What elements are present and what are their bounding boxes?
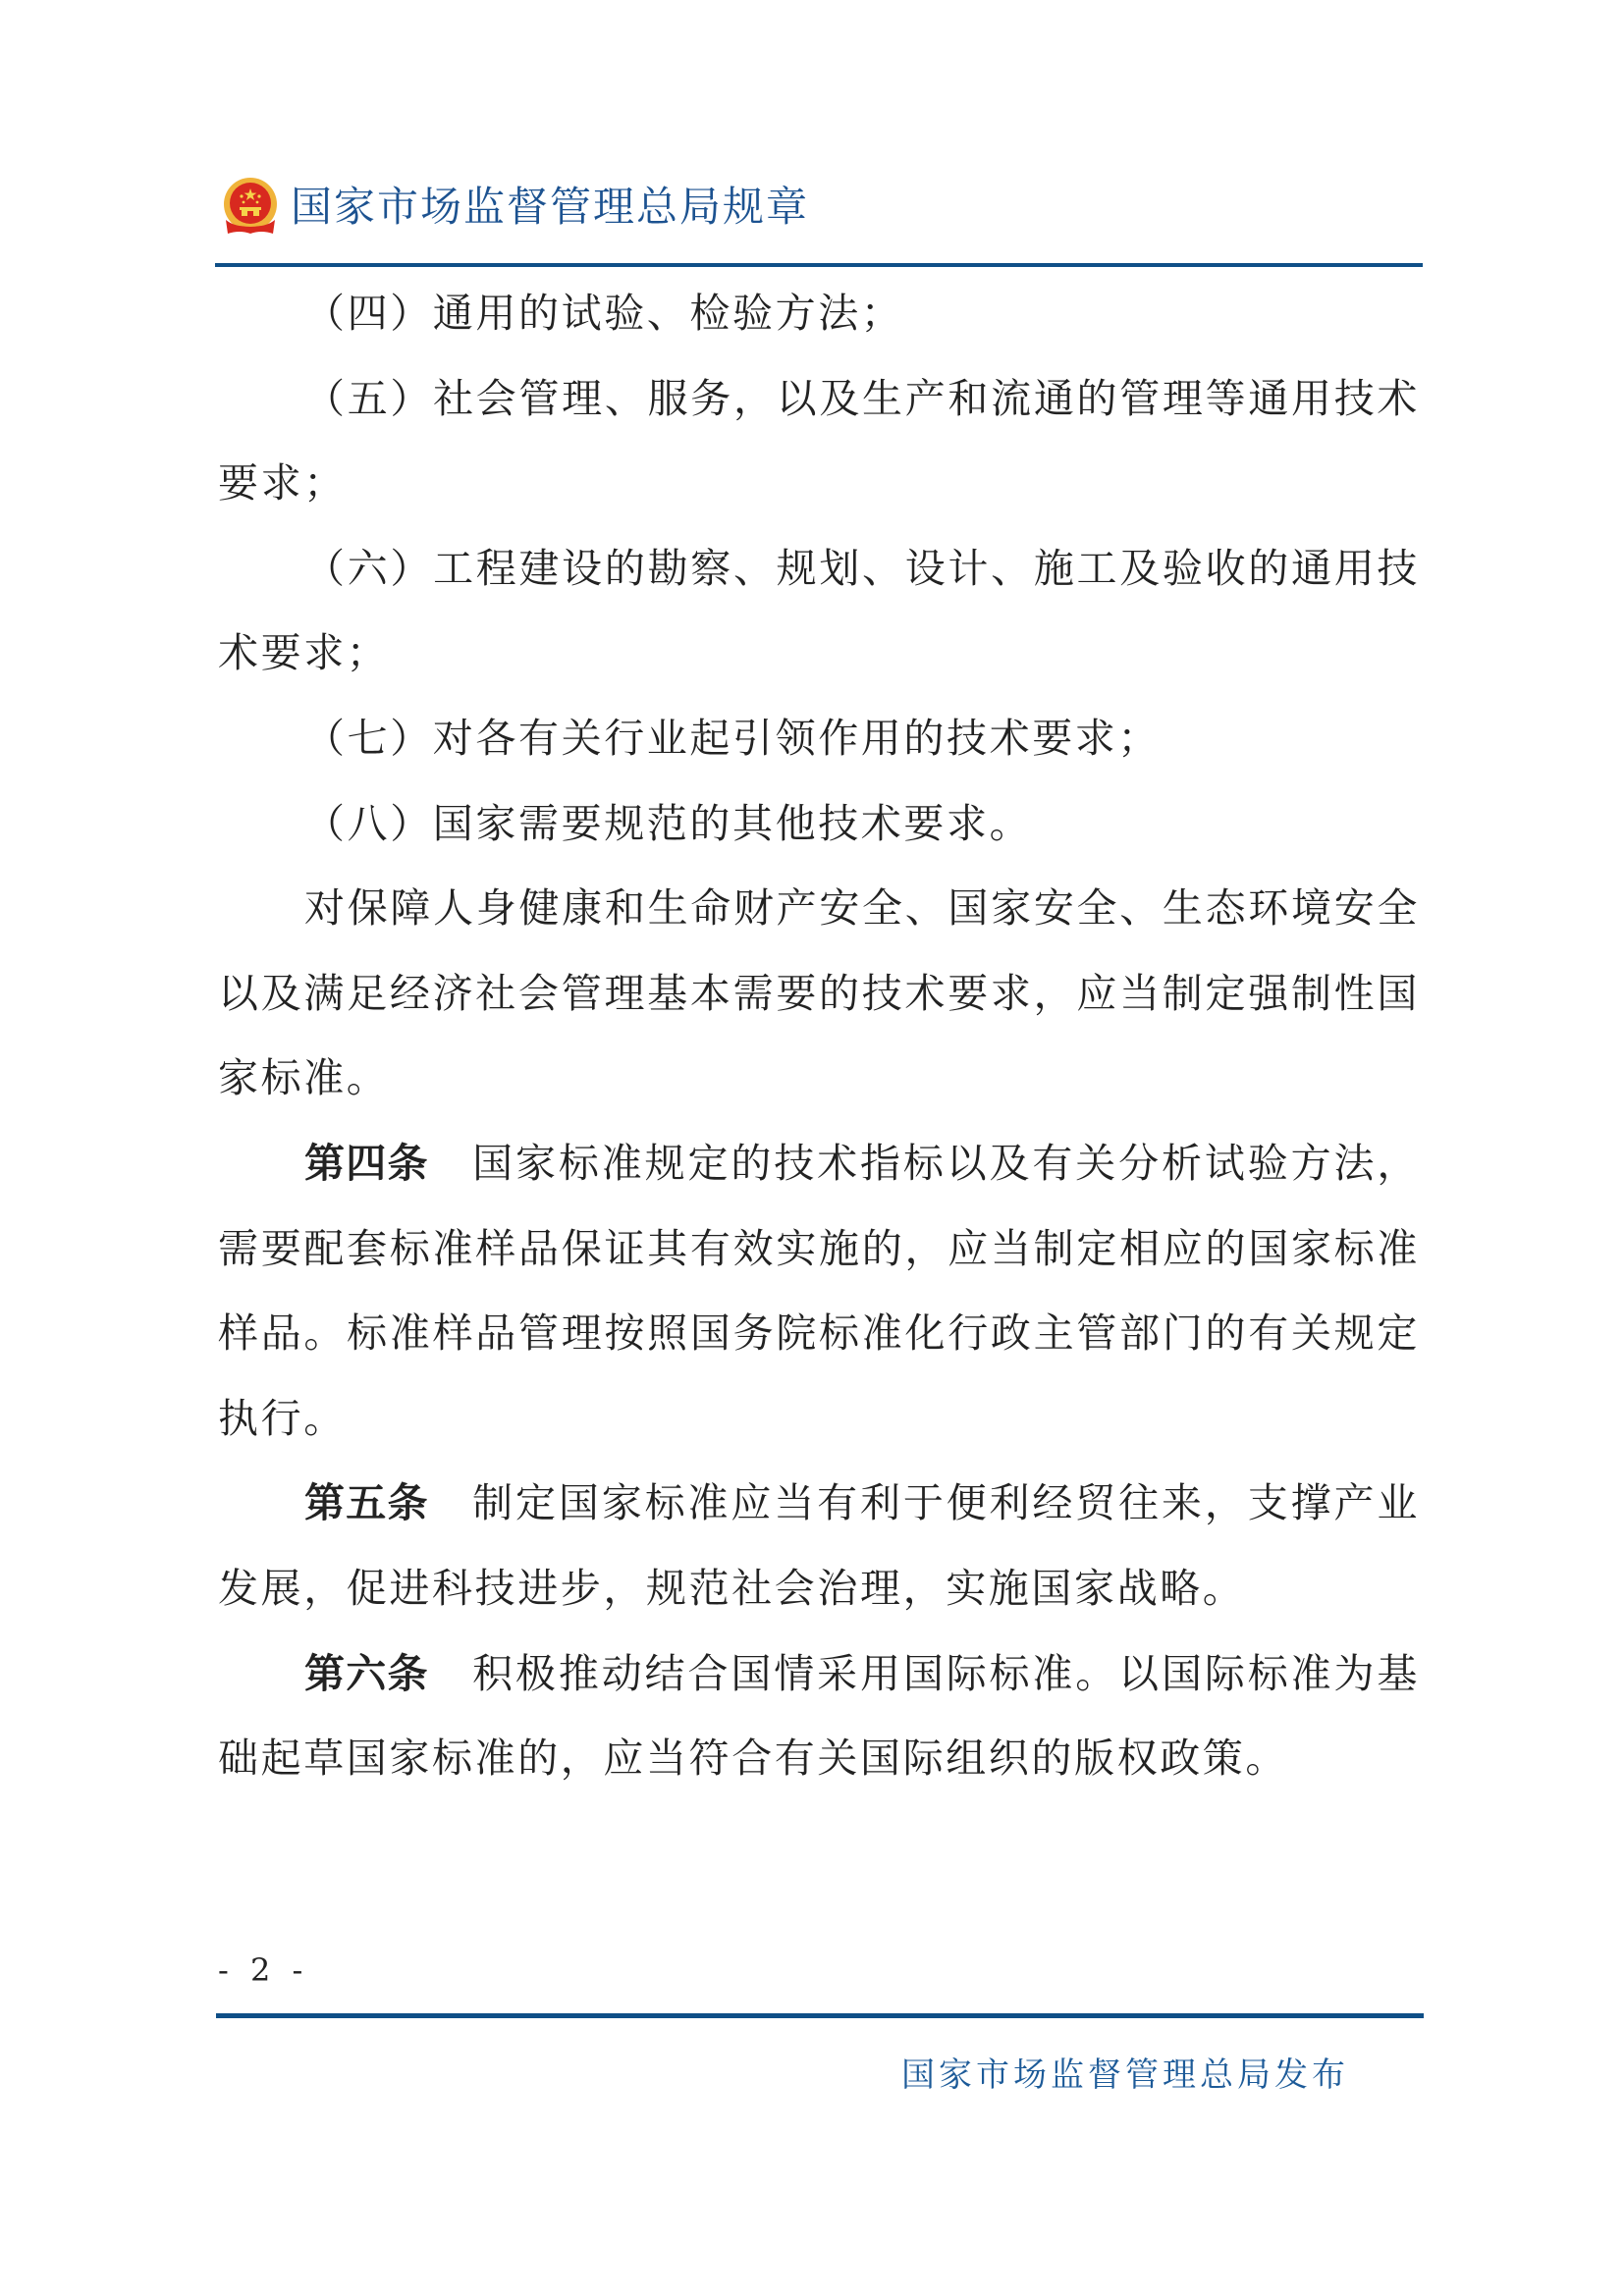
body-line: 以及满足经济社会管理基本需要的技术要求，应当制定强制性国 [218,951,1420,1037]
body-line: 家标准。 [218,1036,1420,1121]
footer-divider [216,2013,1424,2018]
body-line: 础起草国家标准的，应当符合有关国际组织的版权政策。 [218,1716,1420,1801]
body-line: 需要配套标准样品保证其有效实施的，应当制定相应的国家标准 [218,1206,1420,1292]
body-line: 术要求； [218,611,1420,696]
body-line: （八）国家需要规范的其他技术要求。 [218,781,1420,867]
regulation-header-title: 国家市场监督管理总局规章 [291,187,809,228]
body-line: （四）通用的试验、检验方法； [218,271,1420,356]
header-divider [215,263,1423,267]
footer-publisher: 国家市场监督管理总局发布 [901,2056,1349,2096]
body-line: （五）社会管理、服务，以及生产和流通的管理等通用技术 [218,356,1420,442]
body-line: 要求； [218,441,1420,526]
body-line: 样品。标准样品管理按照国务院标准化行政主管部门的有关规定 [218,1291,1420,1376]
article-number: 第四条 [304,1140,429,1187]
body-line: （七）对各有关行业起引领作用的技术要求； [218,696,1420,781]
national-emblem-icon [222,177,279,238]
body-line: 发展，促进科技进步，规范社会治理，实施国家战略。 [218,1546,1420,1631]
body-line: 对保障人身健康和生命财产安全、国家安全、生态环境安全 [218,866,1420,951]
article-4-line: 第四条国家标准规定的技术指标以及有关分析试验方法， [218,1121,1420,1206]
page-header: 国家市场监督管理总局规章 [218,175,809,240]
article-5-line: 第五条制定国家标准应当有利于便利经贸往来，支撑产业 [218,1461,1420,1546]
article-6-line: 第六条积极推动结合国情采用国际标准。以国际标准为基 [218,1631,1420,1717]
article-number: 第六条 [304,1650,429,1697]
body-line: （六）工程建设的勘察、规划、设计、施工及验收的通用技 [218,526,1420,612]
body-line: 执行。 [218,1376,1420,1462]
document-page: 国家市场监督管理总局规章 （四）通用的试验、检验方法； （五）社会管理、服务，以… [0,0,1624,2296]
document-body: （四）通用的试验、检验方法； （五）社会管理、服务，以及生产和流通的管理等通用技… [218,271,1420,1801]
article-number: 第五条 [304,1479,429,1526]
page-number: - 2 - [218,1951,308,1989]
